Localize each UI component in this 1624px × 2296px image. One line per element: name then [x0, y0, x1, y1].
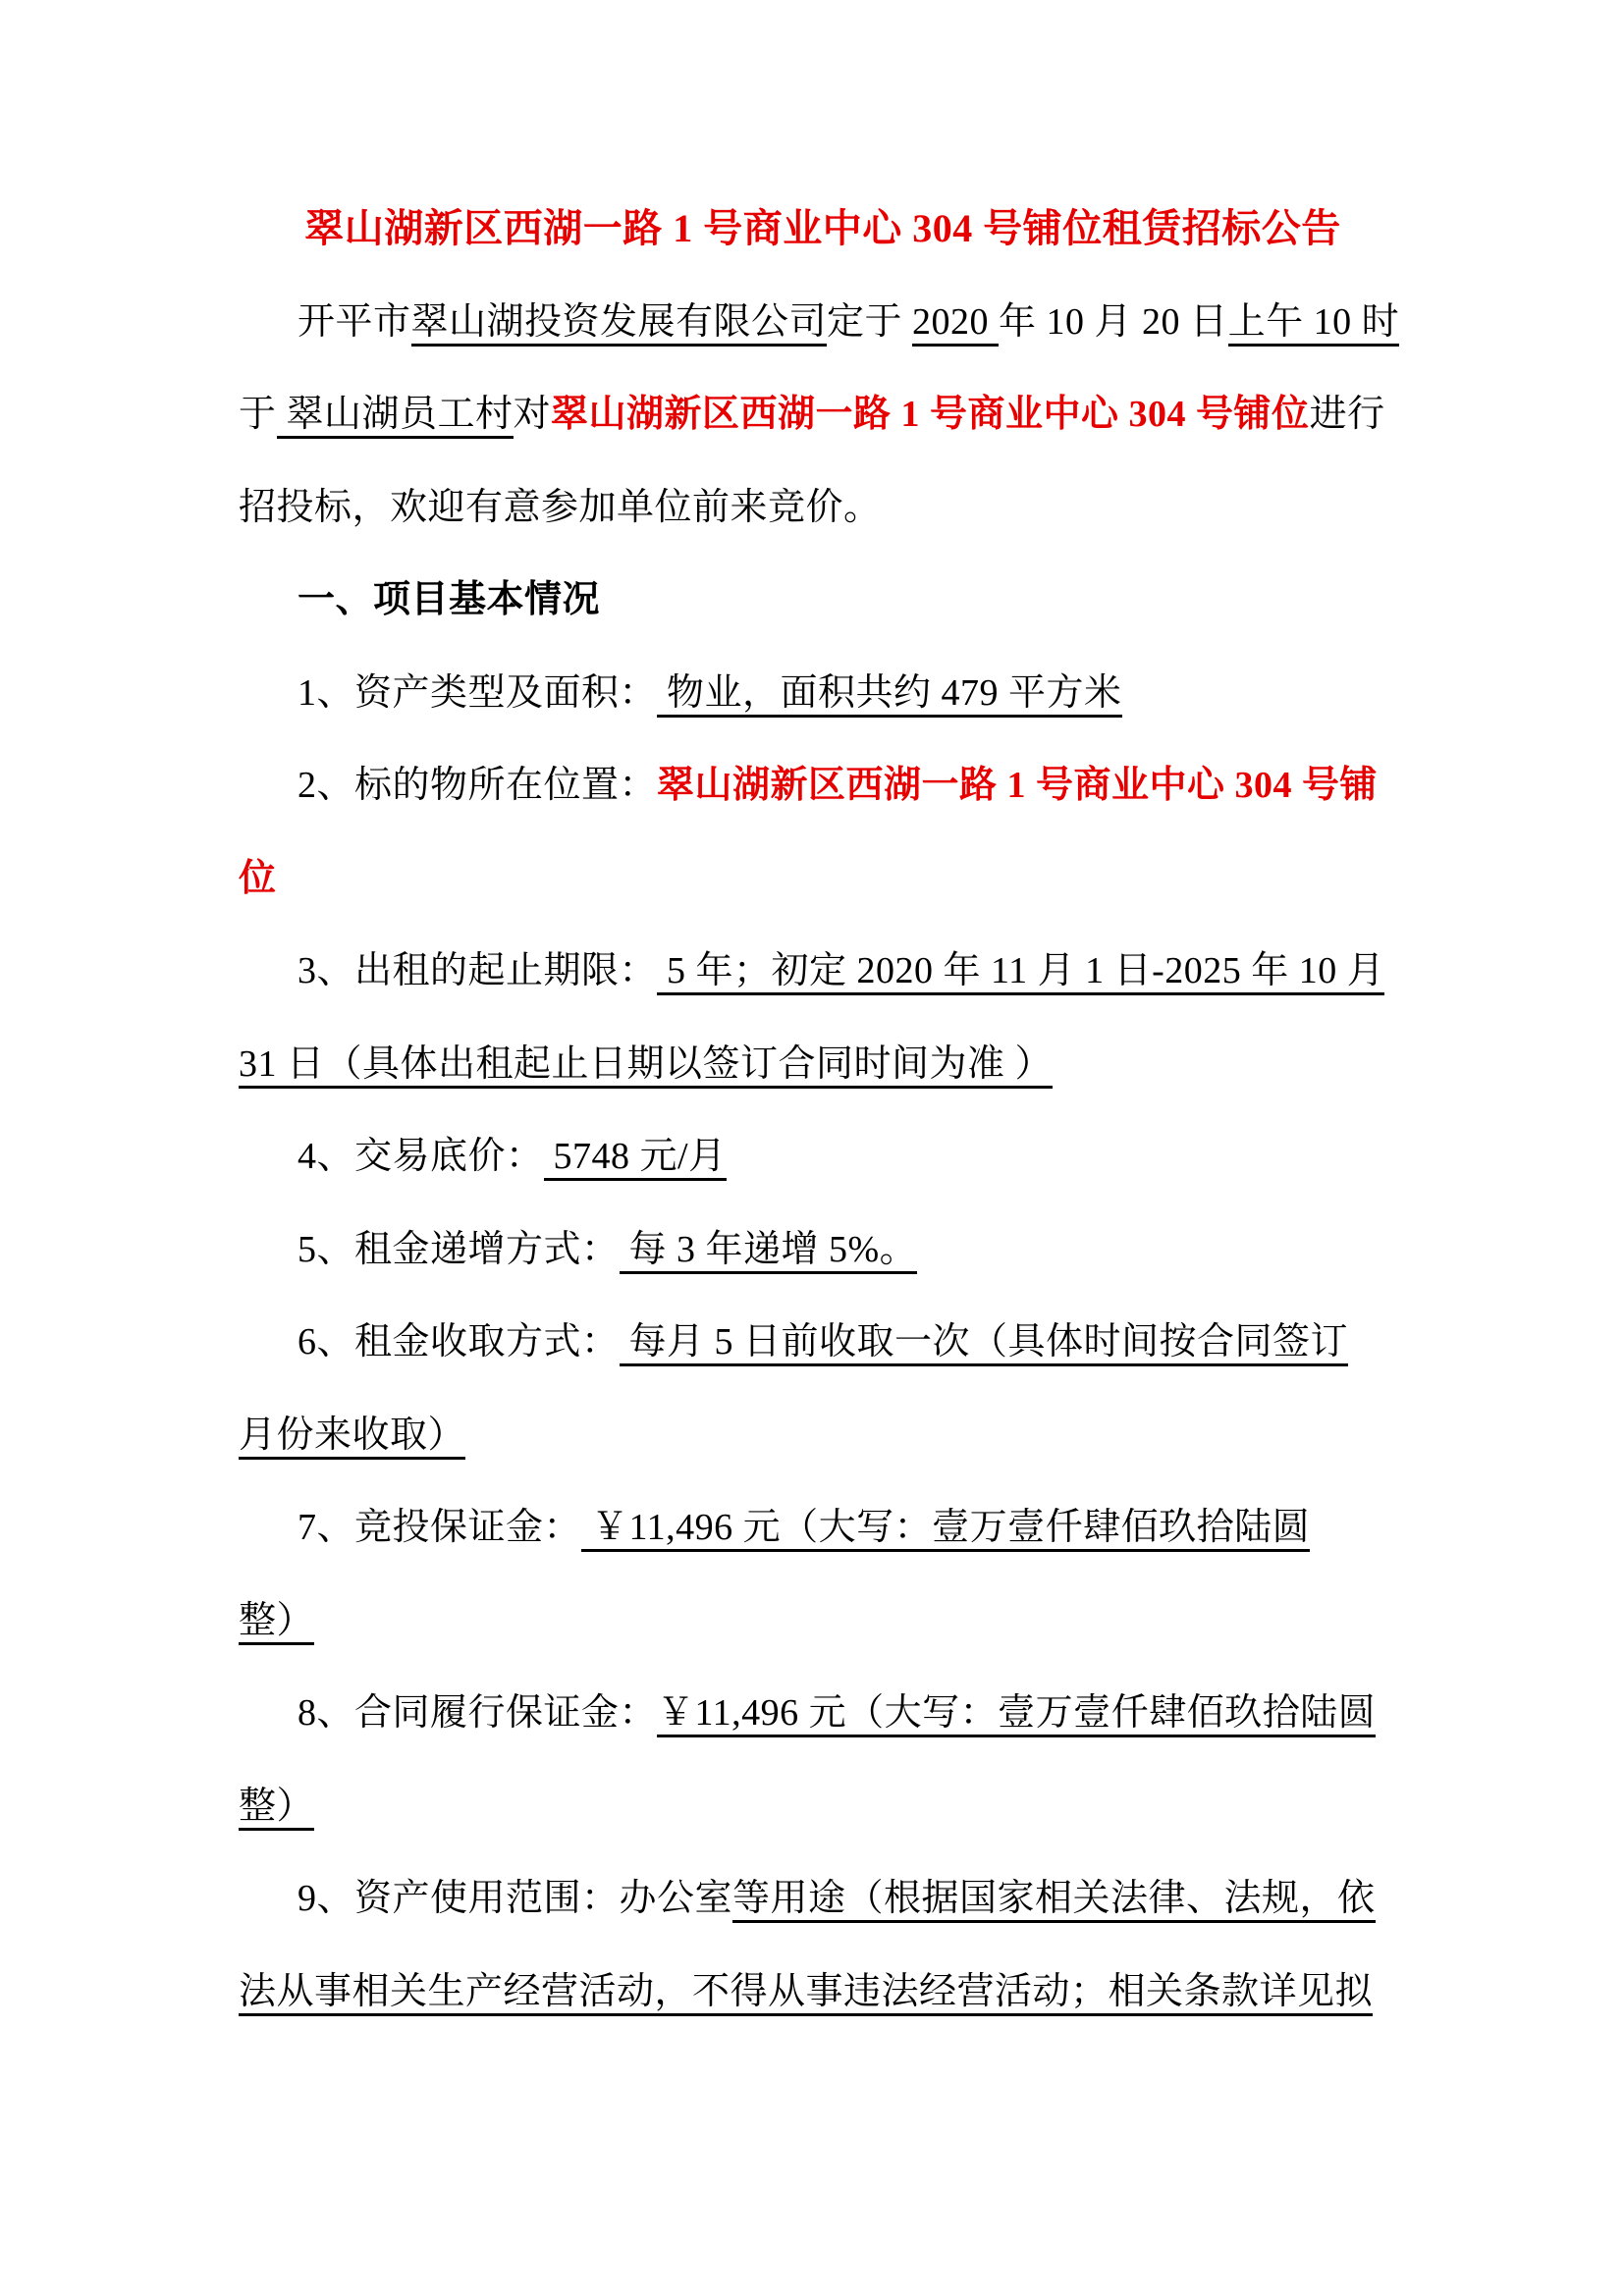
list-item-line: 8、合同履行保证金：￥11,496 元（大写：壹万壹仟肆佰玖拾陆圆 — [239, 1667, 1407, 1760]
text-run: 1、资产类型及面积： — [298, 672, 657, 714]
list-item-line: 5、租金递增方式： 每 3 年递增 5%。 — [239, 1203, 1407, 1297]
text-run: 9、资产使用范围：办公室 — [298, 1878, 732, 1919]
continuation-line: 位 — [239, 832, 1407, 926]
continuation-line: 31 日（具体出租起止日期以签订合同时间为准 ） — [239, 1018, 1407, 1111]
list-item-line: 1、资产类型及面积： 物业，面积共约 479 平方米 — [239, 647, 1407, 740]
underlined-text-run: 整） — [239, 1786, 314, 1831]
list-item-line: 6、租金收取方式： 每月 5 日前收取一次（具体时间按合同签订 — [239, 1296, 1407, 1389]
continuation-line: 整） — [239, 1760, 1407, 1853]
underlined-text-run: 2020 — [912, 301, 999, 347]
paragraph-line: 招投标，欢迎有意参加单位前来竞价。 — [239, 461, 1407, 555]
list-item-line: 3、出租的起止期限： 5 年；初定 2020 年 11 月 1 日-2025 年… — [239, 925, 1407, 1018]
underlined-text-run: 5748 元/月 — [544, 1136, 727, 1181]
underlined-text-run: 翠山湖投资发展有限公司 — [411, 301, 828, 347]
list-item-line: 9、资产使用范围：办公室等用途（根据国家相关法律、法规，依 — [239, 1852, 1407, 1946]
continuation-line: 法从事相关生产经营活动，不得从事违法经营活动；相关条款详见拟 — [239, 1946, 1407, 2039]
document-title: 翠山湖新区西湖一路 1 号商业中心 304 号铺位租赁招标公告 — [239, 183, 1407, 276]
underlined-text-run: 物业，面积共约 479 平方米 — [657, 672, 1122, 718]
text-run: 8、合同履行保证金： — [298, 1692, 657, 1734]
paragraph-line: 开平市翠山湖投资发展有限公司定于 2020 年 10 月 20 日上午 10 时 — [239, 276, 1407, 369]
text-run: 2、标的物所在位置： — [298, 765, 657, 806]
text-run: 5、租金递增方式： — [298, 1229, 620, 1270]
text-run: 年 10 月 20 日 — [999, 301, 1228, 343]
underlined-text-run: 31 日（具体出租起止日期以签订合同时间为准 ） — [239, 1043, 1053, 1089]
underlined-text-run: 每 3 年递增 5%。 — [620, 1229, 918, 1274]
red-bold-text-run: 翠山湖新区西湖一路 1 号商业中心 304 号铺位租赁招标公告 — [304, 206, 1341, 250]
text-run: 定于 — [827, 301, 912, 343]
text-run: 6、租金收取方式： — [298, 1321, 620, 1362]
text-run: 于 — [239, 394, 277, 435]
bold-text-run: 一、项目基本情况 — [298, 579, 600, 620]
list-item-line: 7、竞投保证金： ￥11,496 元（大写：壹万壹仟肆佰玖拾陆圆 — [239, 1481, 1407, 1575]
text-run: 4、交易底价： — [298, 1136, 544, 1177]
underlined-text-run: 法从事相关生产经营活动，不得从事违法经营活动；相关条款详见拟 — [239, 1971, 1373, 2016]
underlined-text-run: 翠山湖员工村 — [277, 394, 514, 439]
document-content: 翠山湖新区西湖一路 1 号商业中心 304 号铺位租赁招标公告开平市翠山湖投资发… — [239, 183, 1407, 2038]
red-bold-text-run: 位 — [239, 858, 277, 899]
underlined-text-run: 整） — [239, 1600, 314, 1645]
underlined-text-run: 等用途（根据国家相关法律、法规，依 — [732, 1878, 1376, 1923]
underlined-text-run: 5 年；初定 2020 年 11 月 1 日-2025 年 10 月 — [657, 950, 1384, 995]
underlined-text-run: 每月 5 日前收取一次（具体时间按合同签订 — [620, 1321, 1349, 1366]
document-page: 翠山湖新区西湖一路 1 号商业中心 304 号铺位租赁招标公告开平市翠山湖投资发… — [0, 0, 1624, 2296]
paragraph-line: 于 翠山湖员工村对翠山湖新区西湖一路 1 号商业中心 304 号铺位进行 — [239, 368, 1407, 461]
text-run: 进行 — [1310, 394, 1385, 435]
continuation-line: 整） — [239, 1575, 1407, 1668]
text-run: 3、出租的起止期限： — [298, 950, 657, 991]
list-item-line: 2、标的物所在位置：翠山湖新区西湖一路 1 号商业中心 304 号铺 — [239, 739, 1407, 832]
text-run: 招投标，欢迎有意参加单位前来竞价。 — [239, 487, 882, 528]
underlined-text-run: 月份来收取） — [239, 1415, 465, 1460]
underlined-text-run: ￥11,496 元（大写：壹万壹仟肆佰玖拾陆圆 — [581, 1507, 1310, 1552]
section-heading: 一、项目基本情况 — [239, 554, 1407, 647]
list-item-line: 4、交易底价： 5748 元/月 — [239, 1110, 1407, 1203]
text-run: 对 — [514, 394, 552, 435]
text-run: 7、竞投保证金： — [298, 1507, 581, 1548]
text-run: 开平市 — [298, 301, 411, 343]
underlined-text-run: 上午 10 时 — [1228, 301, 1400, 347]
red-bold-text-run: 翠山湖新区西湖一路 1 号商业中心 304 号铺 — [657, 765, 1378, 806]
continuation-line: 月份来收取） — [239, 1389, 1407, 1482]
underlined-text-run: ￥11,496 元（大写：壹万壹仟肆佰玖拾陆圆 — [657, 1692, 1376, 1737]
red-bold-text-run: 翠山湖新区西湖一路 1 号商业中心 304 号铺位 — [551, 394, 1310, 435]
